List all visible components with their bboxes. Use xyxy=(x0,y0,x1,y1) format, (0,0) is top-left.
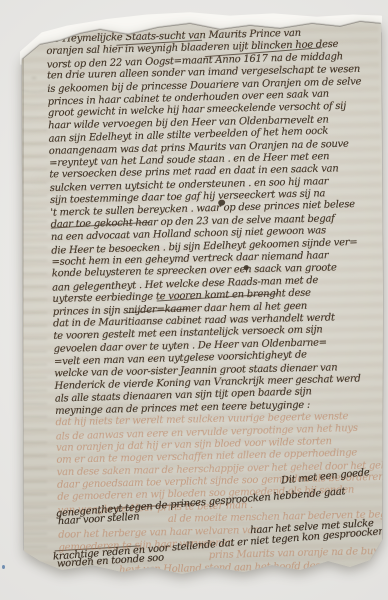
overlay-line: krachtige reden en voor stellende dat er… xyxy=(53,526,385,562)
manuscript-line: sulcken verren uytsicht te ondersteunen … xyxy=(50,174,384,195)
overlay-line: Dit met een goede xyxy=(281,467,371,486)
manuscript-line: princes in sijn snijder=kaamer daar hem … xyxy=(53,298,387,319)
manuscript-line: aan gelegentheyt . Het welcke dese Raads… xyxy=(52,273,386,295)
manuscript-line: om er aan te mogen verschaffen niet alle… xyxy=(56,447,388,468)
manuscript-line: als de aanwas van eere en vervulde vergr… xyxy=(56,421,388,443)
cross-out-stroke xyxy=(51,222,151,229)
ink-show-through xyxy=(21,70,47,550)
manuscript-page-wrap: De Heymelijcke Staats-sucht van Maurits … xyxy=(0,0,388,600)
manuscript-line: aan sijn Edelheyt in alle stilte verbeel… xyxy=(48,124,382,146)
manuscript-line: door het herberge van haar welvaren van xyxy=(58,521,388,542)
manuscript-line: groot gewicht in welcke hij haar smeecke… xyxy=(48,100,382,121)
photo-background: De Heymelijcke Staats-sucht van Maurits … xyxy=(0,0,388,600)
paper-crease xyxy=(22,55,24,555)
cross-out-stroke xyxy=(127,309,189,314)
manuscript-line: prins Maurits van oranje na de buytigen xyxy=(59,546,388,567)
manuscript-line: =socht hem in een geheymd vertreck daar … xyxy=(51,249,385,270)
manuscript-line: dat hij niets ter werelt met sulcken vuu… xyxy=(55,410,388,429)
manuscript-line: 't merck te sullen bereycken . waar op d… xyxy=(50,199,384,221)
manuscript-line: van oranjen ja dat hij er van sijn bloed… xyxy=(56,435,388,456)
manuscript-line: van weegle de Heer prins te beter man . xyxy=(57,496,388,518)
cross-out-stroke xyxy=(55,545,141,551)
manuscript-line: vorst op den 22 van Oogst=maant Anno 161… xyxy=(47,50,381,72)
manuscript-line: na een advocaat van Holland schoon sij n… xyxy=(51,224,385,245)
overlay-line: haar voor stellen xyxy=(58,511,140,527)
manuscript-line: te versoecken dese prins met raad en daa… xyxy=(49,163,383,182)
manuscript-line: heyt van Holland stond aan het hoofd des xyxy=(59,559,388,578)
cross-out-stroke xyxy=(205,47,323,57)
handwritten-text: De Heymelijcke Staats-sucht van Maurits … xyxy=(46,26,388,574)
manuscript-line: te vooren gestelt met een instantelijck … xyxy=(53,323,387,344)
manuscript-line: princes in haar cabinet te onderhouden o… xyxy=(48,87,382,109)
cross-out-stroke xyxy=(116,40,202,46)
ink-blot xyxy=(244,265,249,270)
manuscript-line: dat in de Mauritiaanse cabinet raad was … xyxy=(53,311,387,330)
manuscript-line: de gemoederen en wij bloeden soo gemoede… xyxy=(57,484,388,505)
manuscript-line: gevoelen daar over te uyten . De Heer va… xyxy=(54,336,388,357)
manuscript-page: De Heymelijcke Staats-sucht van Maurits … xyxy=(0,0,388,600)
manuscript-line: De Heymelijcke Staats-sucht van Maurits … xyxy=(46,26,380,47)
manuscript-line: ten drie uuren alleen sonder van imand v… xyxy=(47,64,381,83)
manuscript-line: is gekoomen bij de princesse Douariere v… xyxy=(47,75,381,96)
manuscript-line: Henderick de vierde Koning van Vranckrij… xyxy=(54,373,388,394)
manuscript-line: daar toe gekocht haar op den 23 van de s… xyxy=(51,212,385,231)
overlay-line: genegentheyt tegen de princes gesproocke… xyxy=(56,486,346,519)
overlay-line: worden en toonde soo xyxy=(57,552,164,569)
manuscript-line: gemoederen te sijn haar verwonnen xyxy=(58,533,388,555)
cross-out-stroke xyxy=(108,503,200,510)
manuscript-line: uyterste eerbiedinge te vooren komt en b… xyxy=(52,286,386,307)
manuscript-line: sijn toestemminge daar toe gaf hij verse… xyxy=(50,187,384,208)
manuscript-line: =velt een man van een uytgelese voorsich… xyxy=(54,347,388,369)
manuscript-line: onaangenaam was dat prins Maurits van Or… xyxy=(49,137,383,158)
cross-out-stroke xyxy=(157,293,279,302)
overlay-line: haar het selve met sulcke xyxy=(250,518,374,536)
manuscript-line: welcke van de voor-sister Jeannin groot … xyxy=(54,361,388,380)
manuscript-line: die Heer te besoecken . bij sijn Edelhey… xyxy=(51,236,385,258)
manuscript-line: oranjen sal hier in weynigh blaaderen ui… xyxy=(46,38,380,59)
manuscript-line: van dese saken maar de heerschappije ove… xyxy=(57,460,388,479)
manuscript-line: konde beluysteren te spreecken over een … xyxy=(52,262,386,281)
manuscript-line: meyninge aan de princes met een teere be… xyxy=(55,397,388,418)
ink-blot xyxy=(218,200,225,206)
manuscript-line: =reynteyt van het Land soude staan . en … xyxy=(49,150,383,171)
manuscript-line: als alle staats dienaaren van sijn tijt … xyxy=(55,384,388,406)
manuscript-line: daar genoedsaam toe verplicht sijnde soo… xyxy=(57,472,388,493)
manuscript-line: haar wilde vervoegen bij den Heer van Ol… xyxy=(48,113,382,132)
blue-speck xyxy=(2,565,5,569)
manuscript-line: al de moeite menschen haar bederven te b… xyxy=(58,510,388,529)
